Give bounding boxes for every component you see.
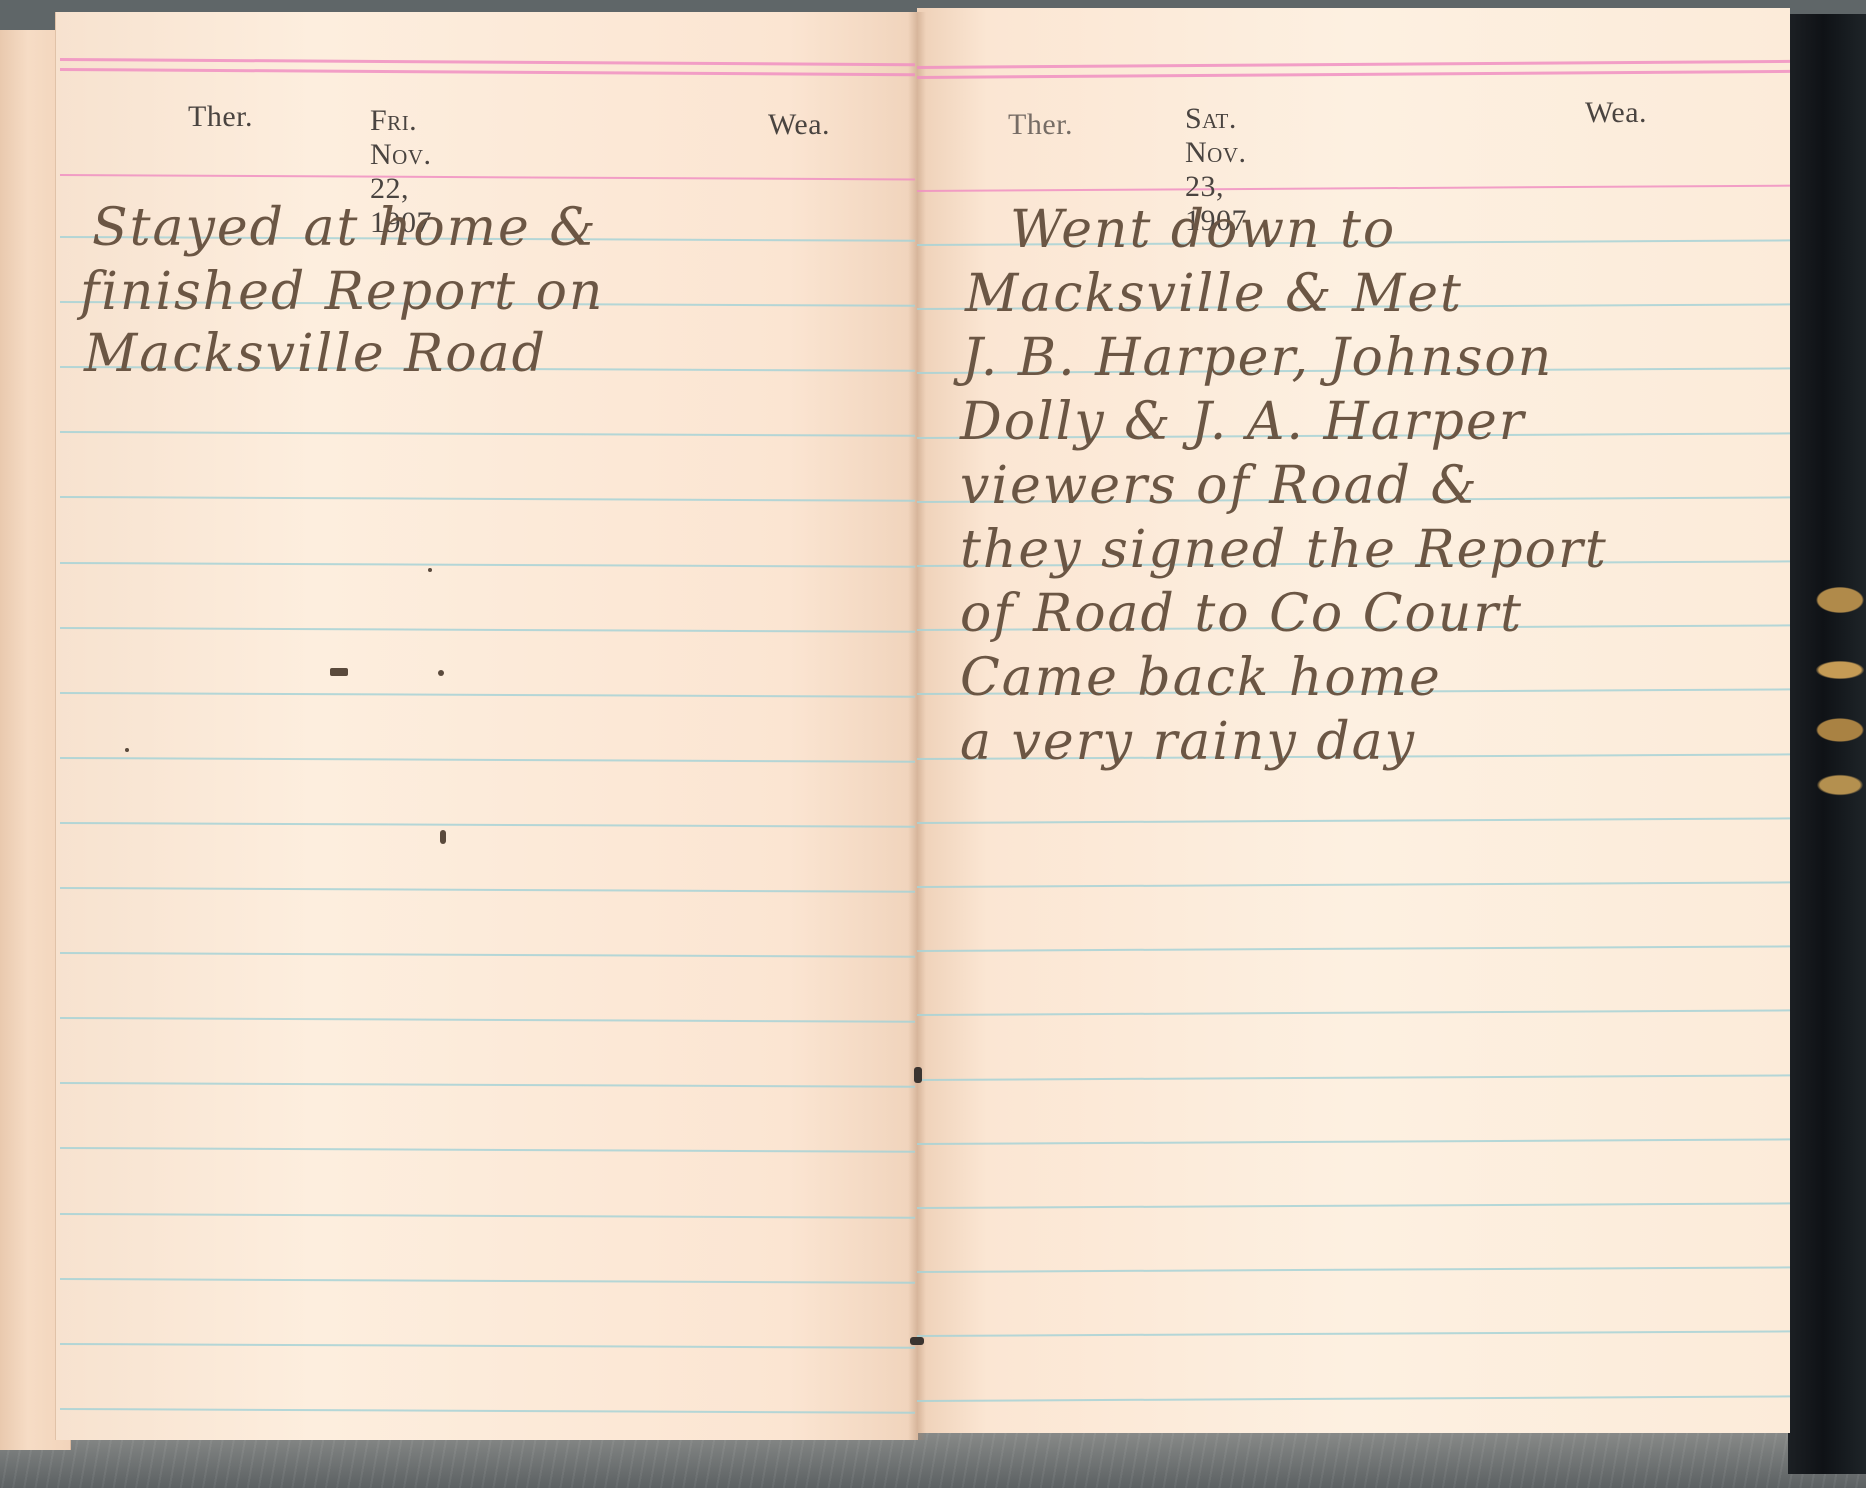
weather-label: Wea. [768,108,830,142]
entry-line: finished Report on [80,260,604,324]
ink-spot [438,670,444,676]
clasp-icon [1800,570,1866,810]
thermometer-label: Ther. [1008,108,1073,142]
entry-line: viewers of Road & [960,454,1479,518]
entry-line: Stayed at home & [92,196,598,260]
binding-stitch [914,1067,922,1083]
entry-line: they signed the Report [960,518,1608,582]
entry-line: Macksville Road [84,322,547,386]
entry-line: Went down to [1010,198,1396,262]
ink-spot [125,748,129,752]
ink-spot [440,830,446,844]
thermometer-label: Ther. [188,100,253,134]
entry-line: Dolly & J. A. Harper [960,390,1526,454]
scan-margin [0,1488,1866,1503]
entry-line: of Road to Co Court [960,582,1523,646]
book-gutter [908,12,926,1440]
ink-spot [428,568,432,572]
entry-line: J. B. Harper, Johnson [962,326,1553,390]
entry-line: Macksville & Met [965,262,1463,326]
entry-line: a very rainy day [960,710,1416,774]
binding-stitch [910,1337,924,1345]
ink-spot [330,668,348,676]
weather-label: Wea. [1585,96,1647,130]
entry-line: Came back home [960,646,1442,710]
